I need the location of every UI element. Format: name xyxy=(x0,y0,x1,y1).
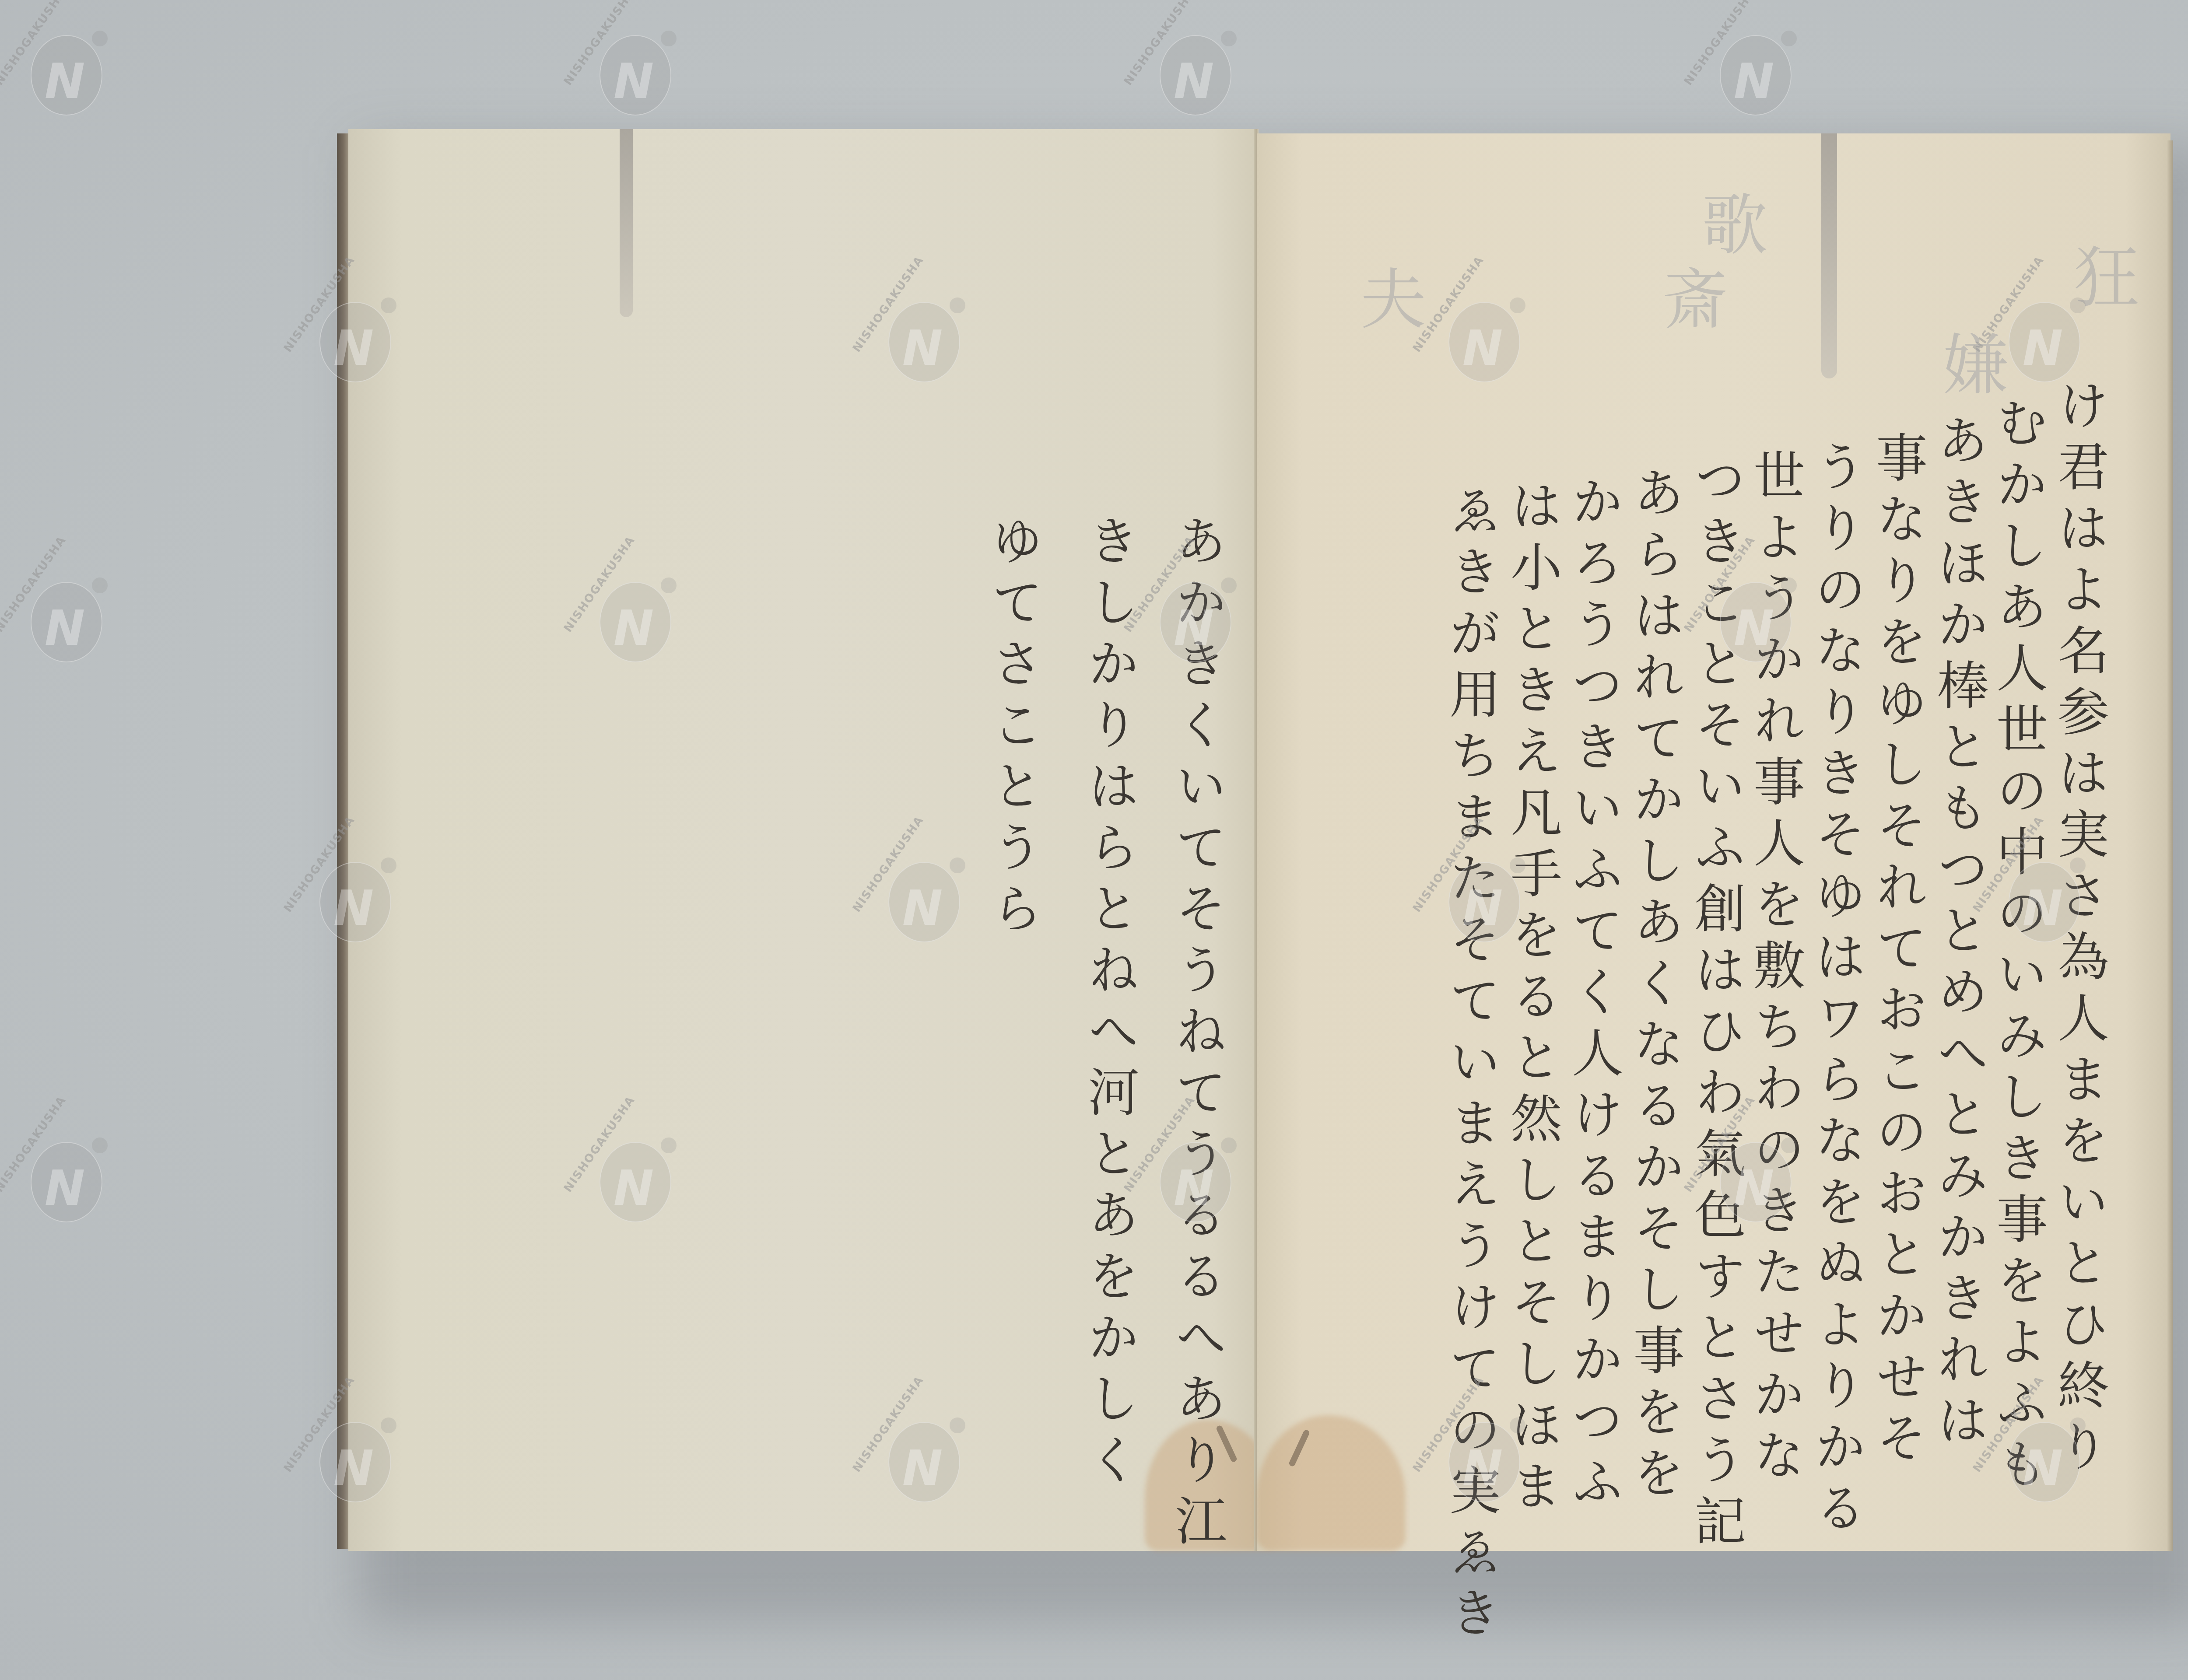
title-ghost-char: 嫌 xyxy=(1922,330,2016,396)
text-column: かろうつきいふてく人けるまりかつふ xyxy=(1567,475,1619,1516)
book-cover-edge xyxy=(337,133,348,1549)
open-book: あかきくいてそうねてうるるへあり江 きしかりはらとねへ河とあをかしく ゆてさこと… xyxy=(337,129,2170,1551)
water-stain xyxy=(1257,1415,1406,1551)
text-column: あらはれてかしあくなるかそし事をを xyxy=(1629,466,1680,1507)
page-block-edge xyxy=(2167,140,2173,1551)
text-column: あきほか棒ともつとめへとみかきれは xyxy=(1933,413,1985,1455)
text-column: きしかりはらとねへ河とあをかしく xyxy=(1083,514,1135,1494)
text-column: 世ようかれ事人を敷ちわのきたせかな xyxy=(1749,448,1801,1490)
text-column: ゑきが用ちまたそていまえうけての実ゑき xyxy=(1445,483,1497,1647)
text-column: むかしあ人世の中のいみしき事をよふも xyxy=(1992,396,2044,1498)
title-ghost-char: 歌 xyxy=(1681,190,1776,256)
binding-thread-mark xyxy=(1821,133,1837,378)
text-column: ゆてさことうら xyxy=(987,514,1039,943)
text-column: つきことそいふ創はひわ氣色すとさう記 xyxy=(1690,453,1742,1555)
title-ghost-char: 狂 xyxy=(2053,243,2148,308)
right-page: 狂 歌 斎 夫 嫌 け君はよ名参は実さ為人まをいとひ終り むかしあ人世の中のいみ… xyxy=(1257,133,2170,1551)
text-column: 事なりをゆしそれておこのおとかせそ xyxy=(1872,431,1923,1472)
title-ghost-char: 夫 xyxy=(1340,265,1434,330)
text-column: あかきくいてそうねてうるるへあり江 xyxy=(1171,514,1223,1555)
text-column: うりのなりきそゆはワらなをぬよりかる xyxy=(1810,440,1862,1542)
binding-thread-mark xyxy=(620,129,633,317)
left-page: あかきくいてそうねてうるるへあり江 きしかりはらとねへ河とあをかしく ゆてさこと… xyxy=(348,129,1257,1551)
text-column: は小ときえ凡手をると然しとそしほま xyxy=(1506,479,1558,1520)
title-ghost-char: 斎 xyxy=(1642,265,1736,330)
text-column: け君はよ名参は実さ為人まをいとひ終り xyxy=(2053,378,2105,1481)
bleed-through-text xyxy=(930,523,988,1398)
